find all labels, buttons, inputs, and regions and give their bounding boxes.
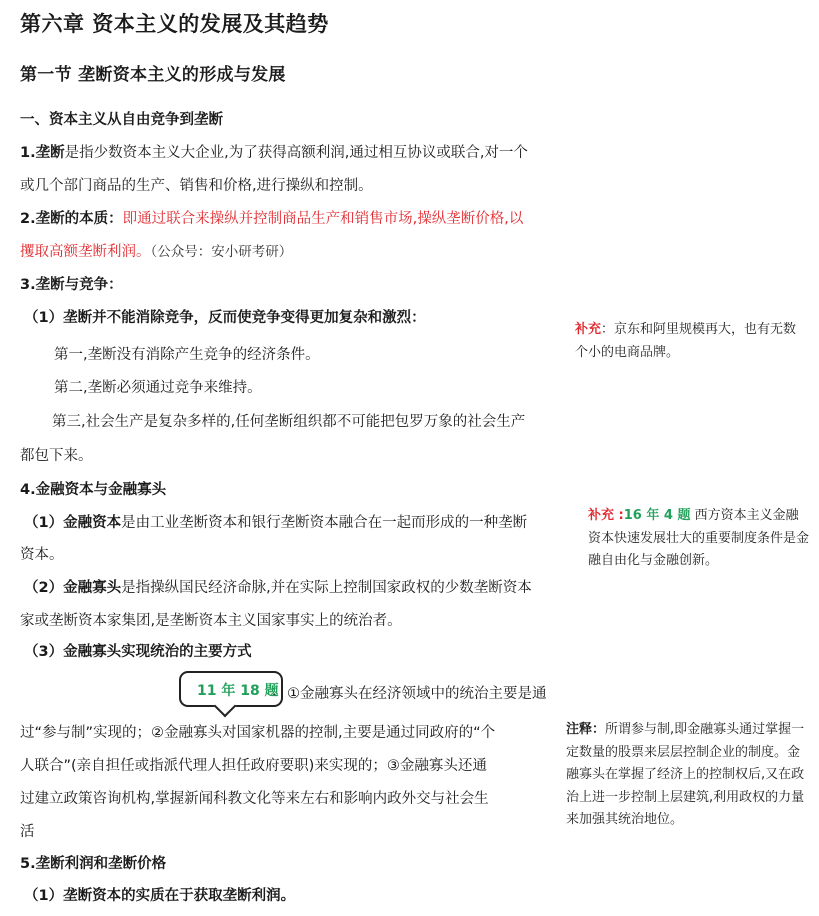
- ways-line4: 过建立政策咨询机构,掌握新闻科教文化等来左右和影响内政外交与社会生: [20, 787, 489, 808]
- source-note: （公众号：安小研考研）: [151, 244, 293, 260]
- item3-sub1: （1）垄断并不能消除竞争，反而使竞争变得更加复杂和激烈：: [24, 306, 426, 327]
- item4-sub1-line2: 资本。: [20, 543, 64, 564]
- sidenote-supplement-1: 补充：京东和阿里规模再大，也有无数个小的电商品牌。: [575, 319, 807, 364]
- item4-sub2-line1: （2）金融寡头是指操纵国民经济命脉,并在实际上控制国家政权的少数垄断资本: [24, 576, 532, 597]
- sidenote-colon: :: [614, 508, 624, 523]
- item4-sub1-text: 是由工业垄断资本和银行垄断资本融合在一起而形成的一种垄断: [121, 515, 527, 531]
- item2-line2: 攫取高额垄断利润。（公众号：安小研考研）: [20, 240, 292, 261]
- item4-sub1-term: 金融资本: [63, 515, 121, 531]
- item2-red-text: 即通过联合来操纵并控制商品生产和销售市场,操纵垄断价格,以: [123, 211, 524, 227]
- sidenote-label: 补充: [588, 508, 614, 523]
- item3-point3: 第三,社会生产是复杂多样的,任何垄断组织都不可能把包罗万象的社会生产: [52, 410, 525, 431]
- item3-point1: 第一,垄断没有消除产生竞争的经济条件。: [54, 343, 320, 364]
- section-title: 第一节 垄断资本主义的形成与发展: [20, 60, 286, 85]
- ways-line5: 活: [20, 820, 35, 841]
- sidenote-label: 注释：: [566, 722, 605, 737]
- ways-line1: ①金融寡头在经济领域中的统治主要是通: [287, 682, 547, 703]
- item3-point3-cont: 都包下来。: [20, 444, 93, 465]
- sidenote-text: 所谓参与制,即金融寡头通过掌握一定数量的股票来层层控制企业的制度。金融寡头在掌握…: [566, 722, 804, 827]
- exam-callout-bubble: 11 年 18 题: [179, 671, 283, 707]
- item1-label: 1.垄断: [20, 145, 65, 161]
- item4-sub1-line1: （1）金融资本是由工业垄断资本和银行垄断资本融合在一起而形成的一种垄断: [24, 511, 527, 532]
- item2-line1: 2.垄断的本质：即通过联合来操纵并控制商品生产和销售市场,操纵垄断价格,以: [20, 207, 523, 228]
- ways-line2: 过“参与制”实现的；②金融寡头对国家机器的控制,主要是通过同政府的“个: [20, 721, 495, 742]
- ways-line3: 人联合”(亲自担任或指派代理人担任政府要职)来实现的；③金融寡头还通: [20, 754, 487, 775]
- item3-point2: 第二,垄断必须通过竞争来维持。: [54, 376, 262, 397]
- item4-sub2-text: 是指操纵国民经济命脉,并在实际上控制国家政权的少数垄断资本: [121, 580, 532, 596]
- sidenote-annotation: 注释：所谓参与制,即金融寡头通过掌握一定数量的股票来层层控制企业的制度。金融寡头…: [566, 719, 810, 832]
- sidenote-text: ：京东和阿里规模再大，也有无数个小的电商品牌。: [575, 322, 796, 360]
- item2-label: 2.垄断的本质：: [20, 211, 123, 227]
- item4-heading: 4.金融资本与金融寡头: [20, 478, 166, 499]
- sidenote-supplement-2: 补充 :16 年 4 题 西方资本主义金融资本快速发展壮大的重要制度条件是金融自…: [588, 505, 810, 573]
- item1-line1: 1.垄断是指少数资本主义大企业,为了获得高额利润,通过相互协议或联合,对一个: [20, 141, 528, 162]
- part1-heading: 一、资本主义从自由竞争到垄断: [20, 108, 223, 129]
- item1-line2: 或几个部门商品的生产、销售和价格,进行操纵和控制。: [20, 174, 373, 195]
- item3-heading: 3.垄断与竞争：: [20, 273, 123, 294]
- item2-red-text-2: 攫取高额垄断利润。: [20, 244, 151, 260]
- sidenote-label: 补充: [575, 322, 601, 337]
- chapter-title: 第六章 资本主义的发展及其趋势: [20, 8, 329, 38]
- item4-sub2-prefix: （2）: [24, 580, 63, 596]
- exam-callout-text: 11 年 18 题: [197, 680, 279, 700]
- item4-sub3: （3）金融寡头实现统治的主要方式: [24, 640, 252, 661]
- item1-text: 是指少数资本主义大企业,为了获得高额利润,通过相互协议或联合,对一个: [65, 145, 528, 161]
- item5-sub1: （1）垄断资本的实质在于获取垄断利润。: [24, 884, 295, 905]
- item4-sub1-prefix: （1）: [24, 515, 63, 531]
- item5-heading: 5.垄断利润和垄断价格: [20, 852, 166, 873]
- item4-sub2-line2: 家或垄断资本家集团,是垄断资本主义国家事实上的统治者。: [20, 609, 402, 630]
- item4-sub2-term: 金融寡头: [63, 580, 121, 596]
- sidenote-exam-ref: 16 年 4 题: [624, 508, 691, 523]
